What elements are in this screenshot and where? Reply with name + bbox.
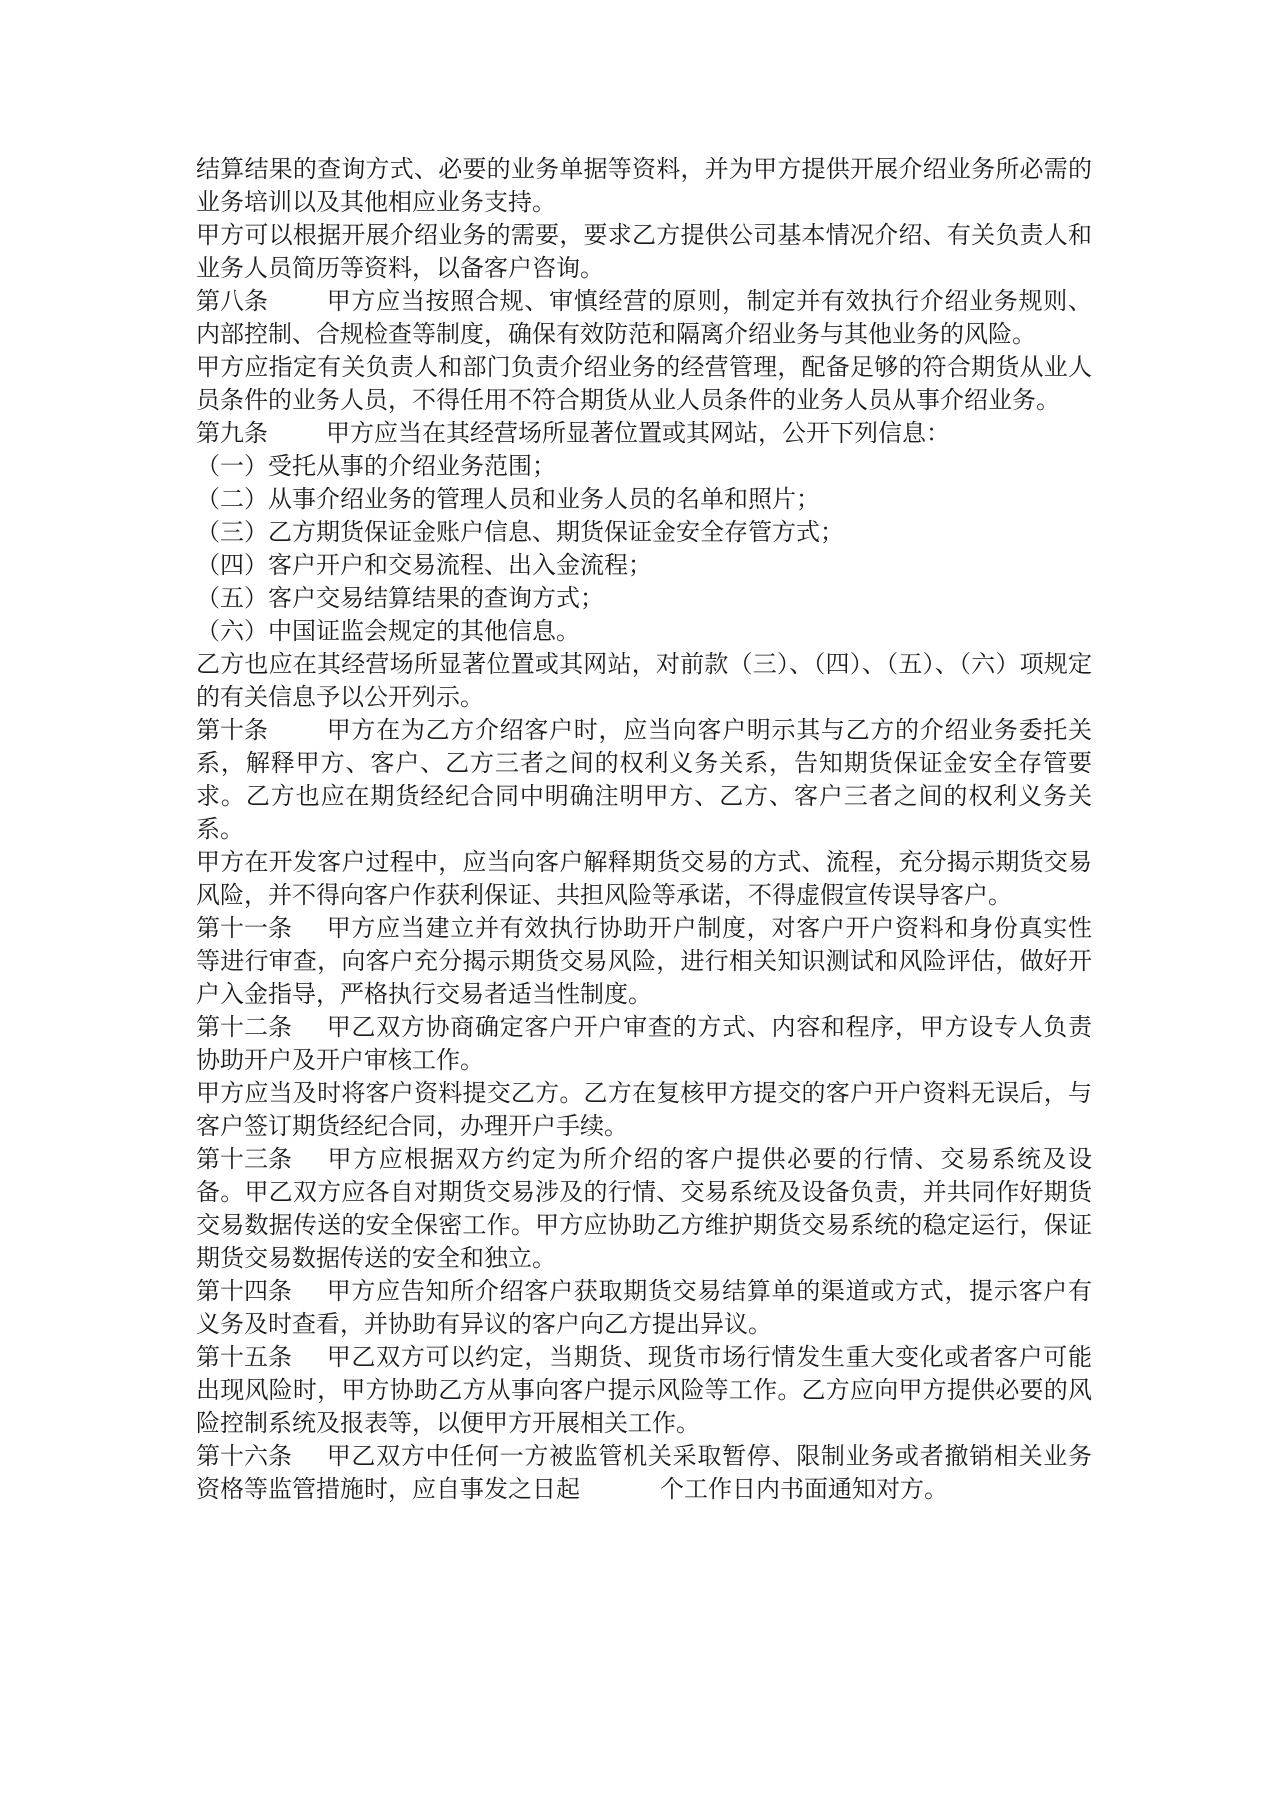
article-text: 甲乙双方可以约定，当期货、现货市场行情发生重大变化或者客户可能出现风险时，甲方协… xyxy=(196,1343,1092,1437)
article-number: 第十二条 xyxy=(196,1011,326,1044)
article-15: 第十五条甲乙双方可以约定，当期货、现货市场行情发生重大变化或者客户可能出现风险时… xyxy=(196,1341,1092,1440)
list-item: （一）受托从事的介绍业务范围； xyxy=(196,450,1092,483)
article-text: 甲方应当按照合规、审慎经营的原则，制定并有效执行介绍业务规则、内部控制、合规检查… xyxy=(196,287,1092,348)
paragraph: 甲方在开发客户过程中，应当向客户解释期货交易的方式、流程，充分揭示期货交易风险，… xyxy=(196,846,1092,912)
list-item: （六）中国证监会规定的其他信息。 xyxy=(196,615,1092,648)
article-number: 第九条 xyxy=(196,417,326,450)
list-item: （二）从事介绍业务的管理人员和业务人员的名单和照片； xyxy=(196,483,1092,516)
article-text-continued: 个工作日内书面通知对方。 xyxy=(660,1475,948,1503)
article-text: 甲方在为乙方介绍客户时，应当向客户明示其与乙方的介绍业务委托关系，解释甲方、客户… xyxy=(196,716,1092,843)
document-page: 结算结果的查询方式、必要的业务单据等资料，并为甲方提供开展介绍业务所必需的业务培… xyxy=(196,153,1092,1506)
article-number: 第十六条 xyxy=(196,1440,326,1473)
article-text: 甲方应告知所介绍客户获取期货交易结算单的渠道或方式，提示客户有义务及时查看，并协… xyxy=(196,1277,1092,1338)
article-10: 第十条甲方在为乙方介绍客户时，应当向客户明示其与乙方的介绍业务委托关系，解释甲方… xyxy=(196,714,1092,846)
article-text: 甲方应当建立并有效执行协助开户制度，对客户开户资料和身份真实性等进行审查，向客户… xyxy=(196,914,1092,1008)
article-9: 第九条甲方应当在其经营场所显著位置或其网站，公开下列信息： xyxy=(196,417,1092,450)
list-item: （三）乙方期货保证金账户信息、期货保证金安全存管方式； xyxy=(196,516,1092,549)
paragraph: 结算结果的查询方式、必要的业务单据等资料，并为甲方提供开展介绍业务所必需的业务培… xyxy=(196,153,1092,219)
article-8: 第八条甲方应当按照合规、审慎经营的原则，制定并有效执行介绍业务规则、内部控制、合… xyxy=(196,285,1092,351)
paragraph: 甲方应当及时将客户资料提交乙方。乙方在复核甲方提交的客户开户资料无误后，与客户签… xyxy=(196,1077,1092,1143)
article-number: 第八条 xyxy=(196,285,326,318)
article-16: 第十六条甲乙双方中任何一方被监管机关采取暂停、限制业务或者撤销相关业务资格等监管… xyxy=(196,1440,1092,1506)
article-text: 甲乙双方协商确定客户开户审查的方式、内容和程序，甲方设专人负责协助开户及开户审核… xyxy=(196,1013,1092,1074)
article-12: 第十二条甲乙双方协商确定客户开户审查的方式、内容和程序，甲方设专人负责协助开户及… xyxy=(196,1011,1092,1077)
article-number: 第十三条 xyxy=(196,1143,326,1176)
article-text: 甲乙双方中任何一方被监管机关采取暂停、限制业务或者撤销相关业务资格等监管措施时，… xyxy=(196,1442,1092,1503)
article-number: 第十条 xyxy=(196,714,326,747)
paragraph: 甲方可以根据开展介绍业务的需要，要求乙方提供公司基本情况介绍、有关负责人和业务人… xyxy=(196,219,1092,285)
list-item: （四）客户开户和交易流程、出入金流程； xyxy=(196,549,1092,582)
paragraph: 甲方应指定有关负责人和部门负责介绍业务的经营管理，配备足够的符合期货从业人员条件… xyxy=(196,351,1092,417)
article-13: 第十三条甲方应根据双方约定为所介绍的客户提供必要的行情、交易系统及设备。甲乙双方… xyxy=(196,1143,1092,1275)
article-11: 第十一条甲方应当建立并有效执行协助开户制度，对客户开户资料和身份真实性等进行审查… xyxy=(196,912,1092,1011)
article-text: 甲方应根据双方约定为所介绍的客户提供必要的行情、交易系统及设备。甲乙双方应各自对… xyxy=(196,1145,1092,1272)
paragraph: 乙方也应在其经营场所显著位置或其网站，对前款（三）、（四）、（五）、（六）项规定… xyxy=(196,648,1092,714)
article-number: 第十四条 xyxy=(196,1275,326,1308)
article-text: 甲方应当在其经营场所显著位置或其网站，公开下列信息： xyxy=(326,419,950,447)
article-14: 第十四条甲方应告知所介绍客户获取期货交易结算单的渠道或方式，提示客户有义务及时查… xyxy=(196,1275,1092,1341)
list-item: （五）客户交易结算结果的查询方式； xyxy=(196,582,1092,615)
article-number: 第十五条 xyxy=(196,1341,326,1374)
article-number: 第十一条 xyxy=(196,912,326,945)
